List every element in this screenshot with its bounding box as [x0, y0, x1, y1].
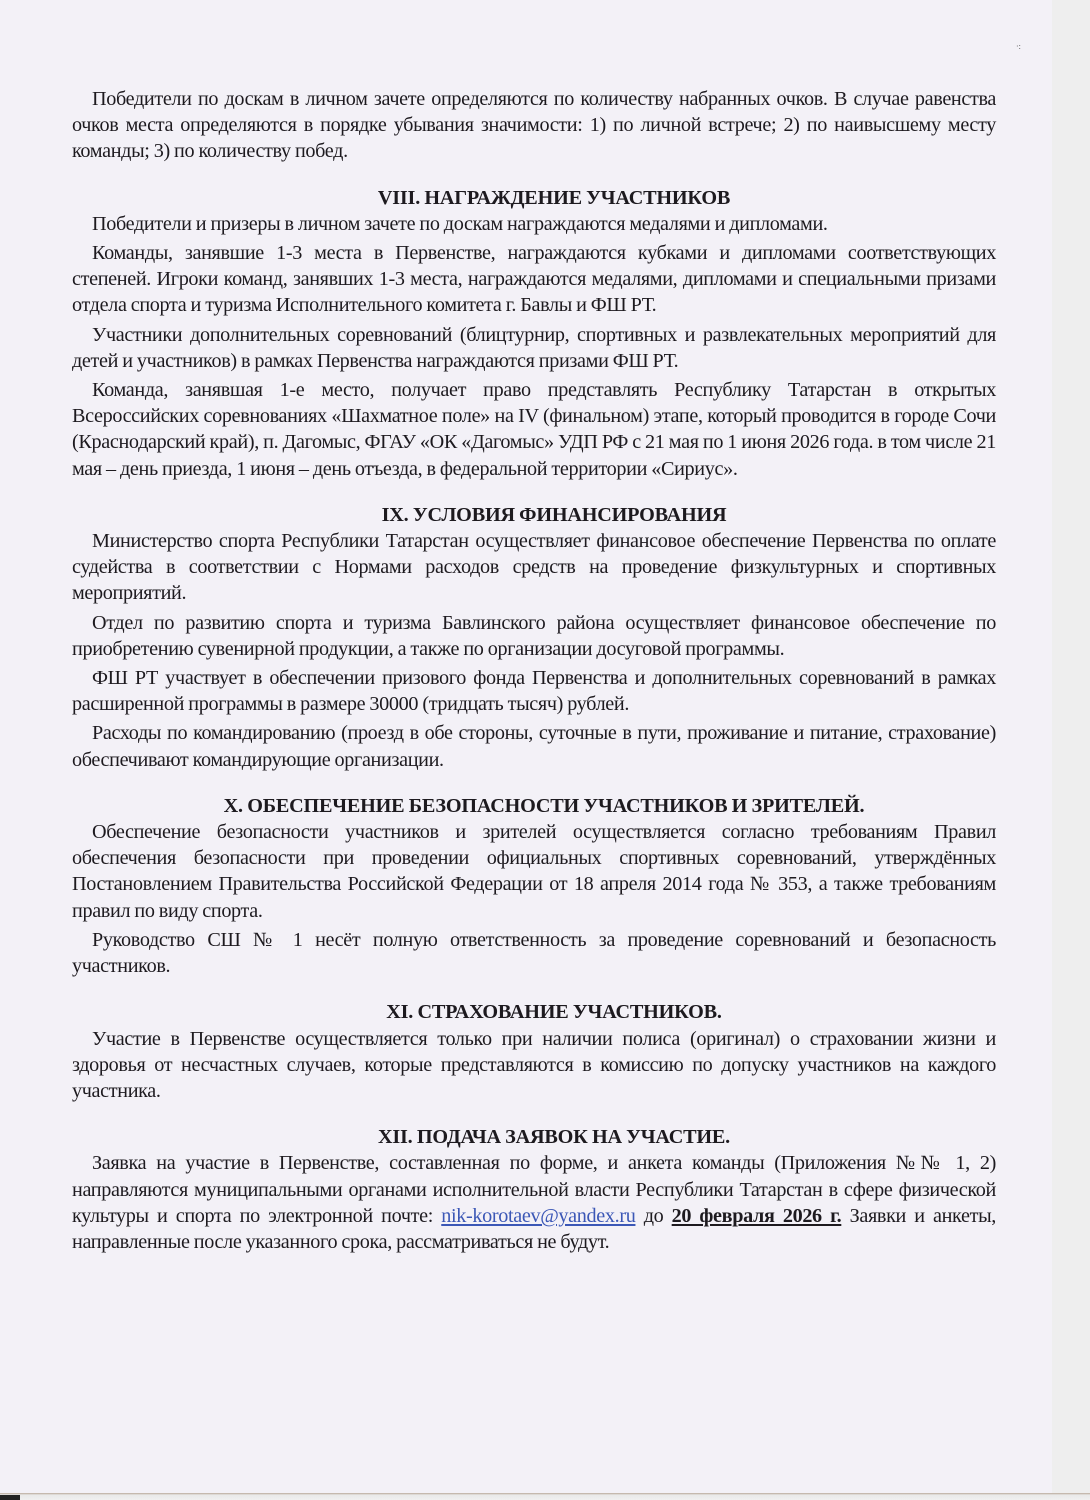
section-safety: X. ОБЕСПЕЧЕНИЕ БЕЗОПАСНОСТИ УЧАСТНИКОВ И…	[72, 793, 996, 979]
section-heading-awards: VIII. НАГРАЖДЕНИЕ УЧАСТНИКОВ	[72, 185, 996, 211]
paragraph: Расходы по командированию (проезд в обе …	[72, 720, 996, 772]
scanned-page: ·: Победители по доскам в личном зачете …	[0, 0, 1052, 1493]
paragraph: Победители и призеры в личном зачете по …	[72, 211, 996, 237]
deadline-date: 20 февраля 2026 г.	[672, 1205, 842, 1227]
application-text-between: до	[635, 1205, 671, 1227]
application-paragraph: Заявка на участие в Первенстве, составле…	[72, 1150, 996, 1255]
paragraph: Руководство СШ № 1 несёт полную ответств…	[72, 927, 996, 979]
paragraph: Министерство спорта Республики Татарстан…	[72, 528, 996, 607]
paragraph: Обеспечение безопасности участников и зр…	[72, 819, 996, 924]
section-heading-safety: X. ОБЕСПЕЧЕНИЕ БЕЗОПАСНОСТИ УЧАСТНИКОВ И…	[72, 793, 996, 819]
section-financing: IX. УСЛОВИЯ ФИНАНСИРОВАНИЯ Министерство …	[72, 502, 996, 773]
paragraph: Команды, занявшие 1-3 места в Первенстве…	[72, 240, 996, 319]
scan-corner	[0, 1495, 20, 1500]
section-insurance: XI. СТРАХОВАНИЕ УЧАСТНИКОВ. Участие в Пе…	[72, 999, 996, 1104]
email-link[interactable]: nik-korotaev@yandex.ru	[441, 1205, 635, 1227]
document-body: Победители по доскам в личном зачете опр…	[72, 86, 996, 1258]
paragraph: Участие в Первенстве осуществляется толь…	[72, 1026, 996, 1105]
paragraph: Команда, занявшая 1-е место, получает пр…	[72, 377, 996, 482]
intro-paragraph: Победители по доскам в личном зачете опр…	[72, 86, 996, 165]
scan-margin-bottom	[0, 1493, 1090, 1500]
scan-speck: ·:	[1016, 44, 1019, 50]
section-heading-financing: IX. УСЛОВИЯ ФИНАНСИРОВАНИЯ	[72, 502, 996, 528]
section-heading-applications: XII. ПОДАЧА ЗАЯВОК НА УЧАСТИЕ.	[72, 1124, 996, 1150]
paragraph: Участники дополнительных соревнований (б…	[72, 322, 996, 374]
paragraph: ФШ РТ участвует в обеспечении призового …	[72, 665, 996, 717]
scan-margin-right	[1052, 0, 1090, 1500]
section-heading-insurance: XI. СТРАХОВАНИЕ УЧАСТНИКОВ.	[72, 999, 996, 1025]
section-awards: VIII. НАГРАЖДЕНИЕ УЧАСТНИКОВ Победители …	[72, 185, 996, 482]
section-applications: XII. ПОДАЧА ЗАЯВОК НА УЧАСТИЕ. Заявка на…	[72, 1124, 996, 1255]
paragraph: Отдел по развитию спорта и туризма Бавли…	[72, 610, 996, 662]
